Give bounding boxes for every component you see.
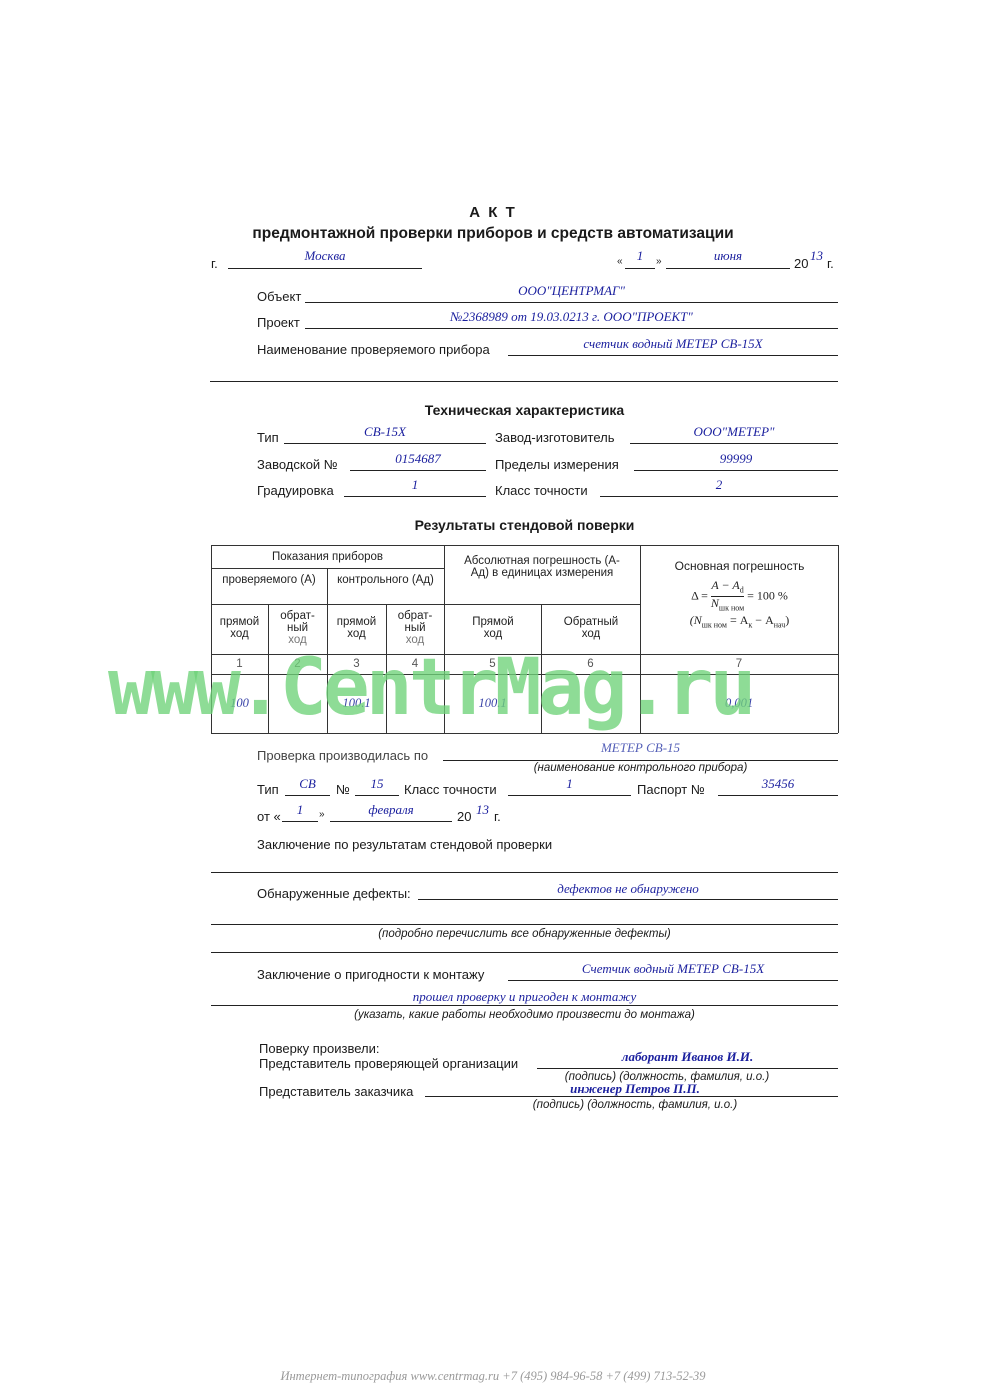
control-year[interactable]: 13 xyxy=(476,802,489,818)
customer-rep-hint: (подпись) (должность, фамилия, и.о.) xyxy=(510,1099,760,1111)
suitability-hint: (указать, какие работы необходимо произв… xyxy=(211,1009,838,1021)
basic-error-formula: Δ = A − Ad Nшк ном = 100 % xyxy=(641,579,838,615)
tech-accuracy-label: Класс точности xyxy=(495,483,588,498)
column-number: 6 xyxy=(541,658,640,670)
suitability-value[interactable]: Счетчик водный МЕТЕР СВ-15Х xyxy=(508,961,838,977)
header-control-reverse: обрат-ныйход xyxy=(386,610,444,646)
performed-label: Поверку произвели: xyxy=(259,1041,379,1056)
table-divider xyxy=(211,654,838,655)
control-date-from: от « xyxy=(257,809,281,824)
org-rep-label: Представитель проверяющей организации xyxy=(259,1056,518,1071)
reverse-label-c: ход xyxy=(288,634,306,646)
header-readings: Показания приборов xyxy=(211,551,444,563)
header-abs-reverse: Обратный ход xyxy=(561,616,621,640)
project-line xyxy=(305,328,838,329)
column-number: 1 xyxy=(211,658,268,670)
project-label: Проект xyxy=(257,315,300,330)
reverse-label-b: ный xyxy=(287,622,308,634)
date-day-line xyxy=(625,268,655,269)
passport-value[interactable]: 35456 xyxy=(718,776,838,792)
control-year-prefix: 20 xyxy=(457,809,471,824)
control-number-label: № xyxy=(336,782,350,797)
formula2-open: (N xyxy=(690,613,702,627)
project-value[interactable]: №2368989 от 19.03.0213 г. ООО"ПРОЕКТ" xyxy=(305,309,838,325)
control-number-value[interactable]: 15 xyxy=(355,776,399,792)
range-line xyxy=(634,470,838,471)
column-number: 7 xyxy=(640,658,838,670)
graduation-line xyxy=(344,496,486,497)
tech-accuracy-value[interactable]: 2 xyxy=(600,477,838,493)
table-cell[interactable]: 100.1 xyxy=(444,696,541,711)
control-accuracy-line xyxy=(508,795,631,796)
object-value[interactable]: ООО"ЦЕНТРМАГ" xyxy=(305,283,838,299)
object-line xyxy=(305,302,838,303)
formula2-close: ) xyxy=(785,613,789,627)
city-value[interactable]: Москва xyxy=(228,248,422,264)
date-open-quote: « xyxy=(617,256,623,267)
reverse-label-a: обрат- xyxy=(398,610,433,622)
city-line xyxy=(228,268,422,269)
formula-rhs: = 100 % xyxy=(747,589,788,603)
suitability-label: Заключение о пригодности к монтажу xyxy=(257,967,484,982)
passport-line xyxy=(718,795,838,796)
city-label: г. xyxy=(211,256,218,271)
header-control-forward: прямой ход xyxy=(327,616,386,640)
passport-label: Паспорт № xyxy=(637,782,705,797)
formula2-mid: = A xyxy=(727,613,748,627)
date-month[interactable]: июня xyxy=(666,248,790,264)
forward-label: прямой ход xyxy=(220,616,259,640)
defects-label: Обнаруженные дефекты: xyxy=(257,886,411,901)
serial-label: Заводской № xyxy=(257,457,338,472)
manufacturer-value[interactable]: ООО"МЕТЕР" xyxy=(630,424,838,440)
tech-heading: Техническая характеристика xyxy=(211,402,838,418)
defects-line-2 xyxy=(211,924,838,925)
device-name-line xyxy=(508,355,838,356)
control-date-close-quote: » xyxy=(319,809,325,820)
org-rep-line xyxy=(537,1068,838,1069)
control-type-value[interactable]: СВ xyxy=(285,776,330,792)
performed-by-line xyxy=(443,760,838,761)
forward-label: прямой ход xyxy=(337,616,376,640)
column-number: 5 xyxy=(444,658,541,670)
results-table: Показания приборов проверяемого (А) конт… xyxy=(211,545,838,733)
table-border-bottom xyxy=(211,733,838,734)
control-number-line xyxy=(355,795,399,796)
suitability-line-2 xyxy=(211,1005,838,1006)
table-cell[interactable]: 100.1 xyxy=(327,696,386,711)
table-cell[interactable]: 100 xyxy=(211,696,268,711)
graduation-label: Градуировка xyxy=(257,483,334,498)
date-day[interactable]: 1 xyxy=(625,248,655,264)
object-label: Объект xyxy=(257,289,301,304)
header-tested-forward: прямой ход xyxy=(211,616,268,640)
formula2-sub: шк ном xyxy=(702,620,727,629)
defects-value[interactable]: дефектов не обнаружено xyxy=(418,881,838,897)
control-year-unit: г. xyxy=(494,809,501,824)
reverse-label-a: обрат- xyxy=(280,610,315,622)
tech-type-line xyxy=(284,443,486,444)
performed-by-value[interactable]: МЕТЕР СВ-15 xyxy=(443,740,838,756)
tech-accuracy-line xyxy=(600,496,838,497)
control-day[interactable]: 1 xyxy=(282,802,318,818)
control-month[interactable]: февраля xyxy=(330,802,452,818)
date-month-line xyxy=(666,268,790,269)
graduation-value[interactable]: 1 xyxy=(344,477,486,493)
formula-denominator-sub: шк ном xyxy=(719,604,744,613)
control-type-line xyxy=(285,795,330,796)
suitability-line xyxy=(508,980,838,981)
header-tested: проверяемого (А) xyxy=(215,574,323,586)
header-control: контрольного (Ад) xyxy=(331,574,440,586)
table-cell[interactable]: 0,001 xyxy=(640,696,838,711)
date-close-quote: » xyxy=(656,256,662,267)
column-number: 3 xyxy=(327,658,386,670)
manufacturer-label: Завод-изготовитель xyxy=(495,430,615,445)
formula-numerator-sub: d xyxy=(740,585,744,594)
header-abs-forward: Прямой ход xyxy=(463,616,523,640)
bench-conclusion-label: Заключение по результатам стендовой пров… xyxy=(257,837,552,852)
defects-line xyxy=(418,899,838,900)
performed-by-hint: (наименование контрольного прибора) xyxy=(443,762,838,774)
footer-contacts: Интернет-типография www.centrmag.ru +7 (… xyxy=(0,1369,986,1384)
control-accuracy-label: Класс точности xyxy=(404,782,497,797)
table-divider xyxy=(211,604,640,605)
device-name-label: Наименование проверяемого прибора xyxy=(257,342,490,357)
column-number: 2 xyxy=(268,658,327,670)
header-tested-reverse: обрат-ныйход xyxy=(268,610,327,646)
formula-lhs: Δ = xyxy=(691,589,708,603)
formula-denominator: N xyxy=(711,596,719,610)
device-name-line-2 xyxy=(210,381,838,382)
formula-numerator: A − A xyxy=(711,578,739,592)
header-abs-error: Абсолютная погрешность (А-Ад) в единицах… xyxy=(456,555,628,579)
control-day-line xyxy=(282,821,318,822)
column-number: 4 xyxy=(386,658,444,670)
reverse-label-c: ход xyxy=(406,634,424,646)
header-basic-error: Основная погрешность xyxy=(641,560,838,572)
formula-fraction: A − Ad Nшк ном xyxy=(711,579,744,615)
date-year-prefix: 20 xyxy=(794,256,808,271)
act-title: А К Т xyxy=(0,204,986,221)
reverse-label-b: ный xyxy=(404,622,425,634)
suitability-value-2[interactable]: прошел проверку и пригоден к монтажу xyxy=(211,989,838,1005)
formula2-end: − A xyxy=(752,613,773,627)
org-rep-value[interactable]: лаборант Иванов И.И. xyxy=(537,1049,838,1065)
date-year[interactable]: 13 xyxy=(810,248,823,264)
formula2-sub3: нач xyxy=(774,620,786,629)
bench-conclusion-line xyxy=(211,872,838,873)
control-accuracy-value[interactable]: 1 xyxy=(508,776,631,792)
tech-type-value[interactable]: СВ-15Х xyxy=(284,424,486,440)
device-name-value[interactable]: счетчик водный МЕТЕР СВ-15Х xyxy=(508,336,838,352)
defects-line-3 xyxy=(211,952,838,953)
range-label: Пределы измерения xyxy=(495,457,619,472)
act-subtitle: предмонтажной проверки приборов и средст… xyxy=(0,225,986,243)
control-month-line xyxy=(330,821,452,822)
control-type-label: Тип xyxy=(257,782,279,797)
table-border-top xyxy=(211,545,838,546)
tech-type-label: Тип xyxy=(257,430,279,445)
table-divider xyxy=(211,674,838,675)
results-heading: Результаты стендовой поверки xyxy=(211,517,838,533)
serial-value[interactable]: 0154687 xyxy=(350,451,486,467)
serial-line xyxy=(350,470,486,471)
manufacturer-line xyxy=(630,443,838,444)
performed-by-label: Проверка производилась по xyxy=(257,748,428,763)
table-border-right xyxy=(838,545,839,733)
defects-hint: (подробно перечислить все обнаруженные д… xyxy=(211,928,838,940)
customer-rep-value[interactable]: инженер Петров П.П. xyxy=(425,1081,845,1097)
scale-formula: (Nшк ном = Aк − Aнач) xyxy=(641,613,838,629)
date-year-unit: г. xyxy=(827,256,834,271)
customer-rep-label: Представитель заказчика xyxy=(259,1084,413,1099)
range-value[interactable]: 99999 xyxy=(634,451,838,467)
